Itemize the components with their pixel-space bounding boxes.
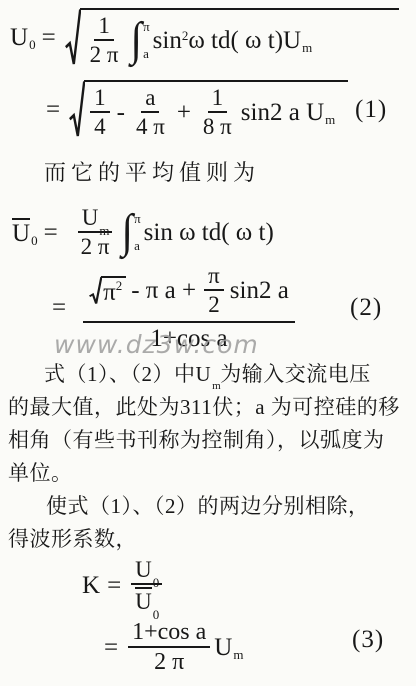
big-fraction-numerator: π2 - π a + π2 sin2 a [83,264,295,321]
equation-3-number: (3) [352,626,384,654]
fraction: 14 [90,86,110,139]
equals-sign: = [42,25,56,50]
fraction-numerator: 1 [208,86,228,113]
radical-sign-icon [69,80,85,139]
fraction-numerator: π [204,264,224,291]
fraction-denominator: 4 [90,113,110,138]
integral-sign: ∫ [131,20,143,60]
fraction-denominator: 4 π [132,113,169,138]
radicand: π2 [101,276,126,305]
radical-sign-icon [89,276,102,305]
integral-upper-limit: π [143,20,150,33]
equation-1-line-1: U0 = 12 π ∫πa sin2 ω td( ω t)Um [10,8,399,67]
eq3-tail: Um [214,635,242,660]
equals-sign: = [44,220,58,245]
document-page: U0 = 12 π ∫πa sin2 ω td( ω t)Um = 14 - a… [0,0,416,686]
tail-text: sin2 a U [241,100,324,125]
integral: ∫πa [122,209,141,255]
pi-base: π [103,280,116,305]
fraction-numerator: Um [78,206,113,233]
integral-lower-limit: a [143,47,150,60]
minus-sign: - [117,100,125,125]
equation-3-line-2: = 1+cos a 2 π Um [104,620,242,675]
fraction: 12 π [86,14,123,67]
um-subscript: m [212,380,221,392]
fraction-denominator: 2 π [150,648,188,674]
equals-sign: = [107,573,121,598]
integral-sign: ∫ [122,212,134,252]
integral-upper-limit: π [134,212,141,225]
equals-sign: = [52,295,66,320]
u0-mean-base-overlined: U [135,587,152,613]
fraction-denominator: 8 π [199,113,236,138]
equation-1-line-2: = 14 - a4 π + 18 π sin2 a Um [46,80,348,139]
fraction: a4 π [132,86,169,139]
integral-limits: πa [134,209,141,255]
integral-lower-limit: a [134,239,141,252]
paragraph1-line1-post: 为输入交流电压 [220,362,371,386]
middle-terms: - π a + [131,278,196,303]
equals-sign: = [104,635,118,660]
square-root-small: π2 [89,276,126,305]
eq2-lhs: U0 [12,218,37,246]
fraction-numerator: 1 [90,86,110,113]
fraction: 18 π [199,86,236,139]
integral: ∫πa [131,17,150,63]
square-root: 14 - a4 π + 18 π sin2 a Um [69,80,348,139]
fraction-numerator: 1+cos a [128,620,210,648]
text-average-intro: 而它的平均值则为 [44,162,260,184]
fraction: U0 U0 [131,558,162,614]
radicand: 14 - a4 π + 18 π sin2 a Um [84,80,348,139]
square-root: 12 π ∫πa sin2 ω td( ω t)Um [65,8,400,67]
fraction: 1+cos a 2 π [128,620,210,675]
um-base: U [214,635,232,660]
paragraph1-line3: 相角（有些书刊称为控制角），以弧度为 [8,430,385,451]
sin-term: sin [153,28,182,53]
fraction-numerator: 1 [94,14,114,41]
equation-2-line-1: U0 = Um 2 π ∫πa sin ω td( ω t) [12,206,274,259]
eq2-lhs-base-overlined: U [12,218,30,246]
sin-tail: sin2 a [230,278,289,303]
um-base: U [82,205,99,230]
fraction: Um 2 π [77,206,114,259]
paragraph2-line1: 使式（1）、（2）的两边分别相除， [46,496,370,517]
paragraph1-line2: 的最大值，此处为311伏；a 为可控硅的移 [8,397,400,418]
integral-limits: πa [143,17,150,63]
fraction: π2 [204,264,224,317]
eq1-tail: sin2 a Um [241,100,334,125]
eq3-lhs: K [82,573,100,598]
paragraph1-line4: 单位。 [8,463,73,484]
u0-base: U [135,557,152,582]
um-subscript: m [99,223,109,238]
eq1-integrand: sin2 ω td( ω t)Um [153,28,312,53]
fraction-denominator: 2 π [86,41,123,66]
equation-2-number: (2) [350,294,382,322]
eq2-integrand: sin ω td( ω t) [144,220,274,245]
paragraph1-line1-pre: 式（1）、（2）中U [44,362,211,386]
fraction-numerator: a [141,86,159,113]
watermark-text: www.dz3w.com [54,330,259,359]
equation-3-line-1: K = U0 U0 [82,558,165,614]
u0-subscript: 0 [153,575,160,590]
radicand: 12 π ∫πa sin2 ω td( ω t)Um [80,8,400,67]
eq1-lhs-base: U [10,25,28,50]
equals-sign: = [46,97,60,122]
eq1-lhs: U0 [10,25,35,50]
paragraph1-line1: 式（1）、（2）中Um为输入交流电压 [44,364,371,385]
fraction-numerator: U0 [131,558,162,585]
equation-1-number: (1) [355,96,387,124]
integrand-rest: ω td( ω t)U [188,28,301,53]
radical-sign-icon [65,8,81,67]
fraction-denominator: 2 [204,291,224,316]
paragraph2-line2: 得波形系数， [8,529,137,550]
plus-sign: + [177,100,191,125]
